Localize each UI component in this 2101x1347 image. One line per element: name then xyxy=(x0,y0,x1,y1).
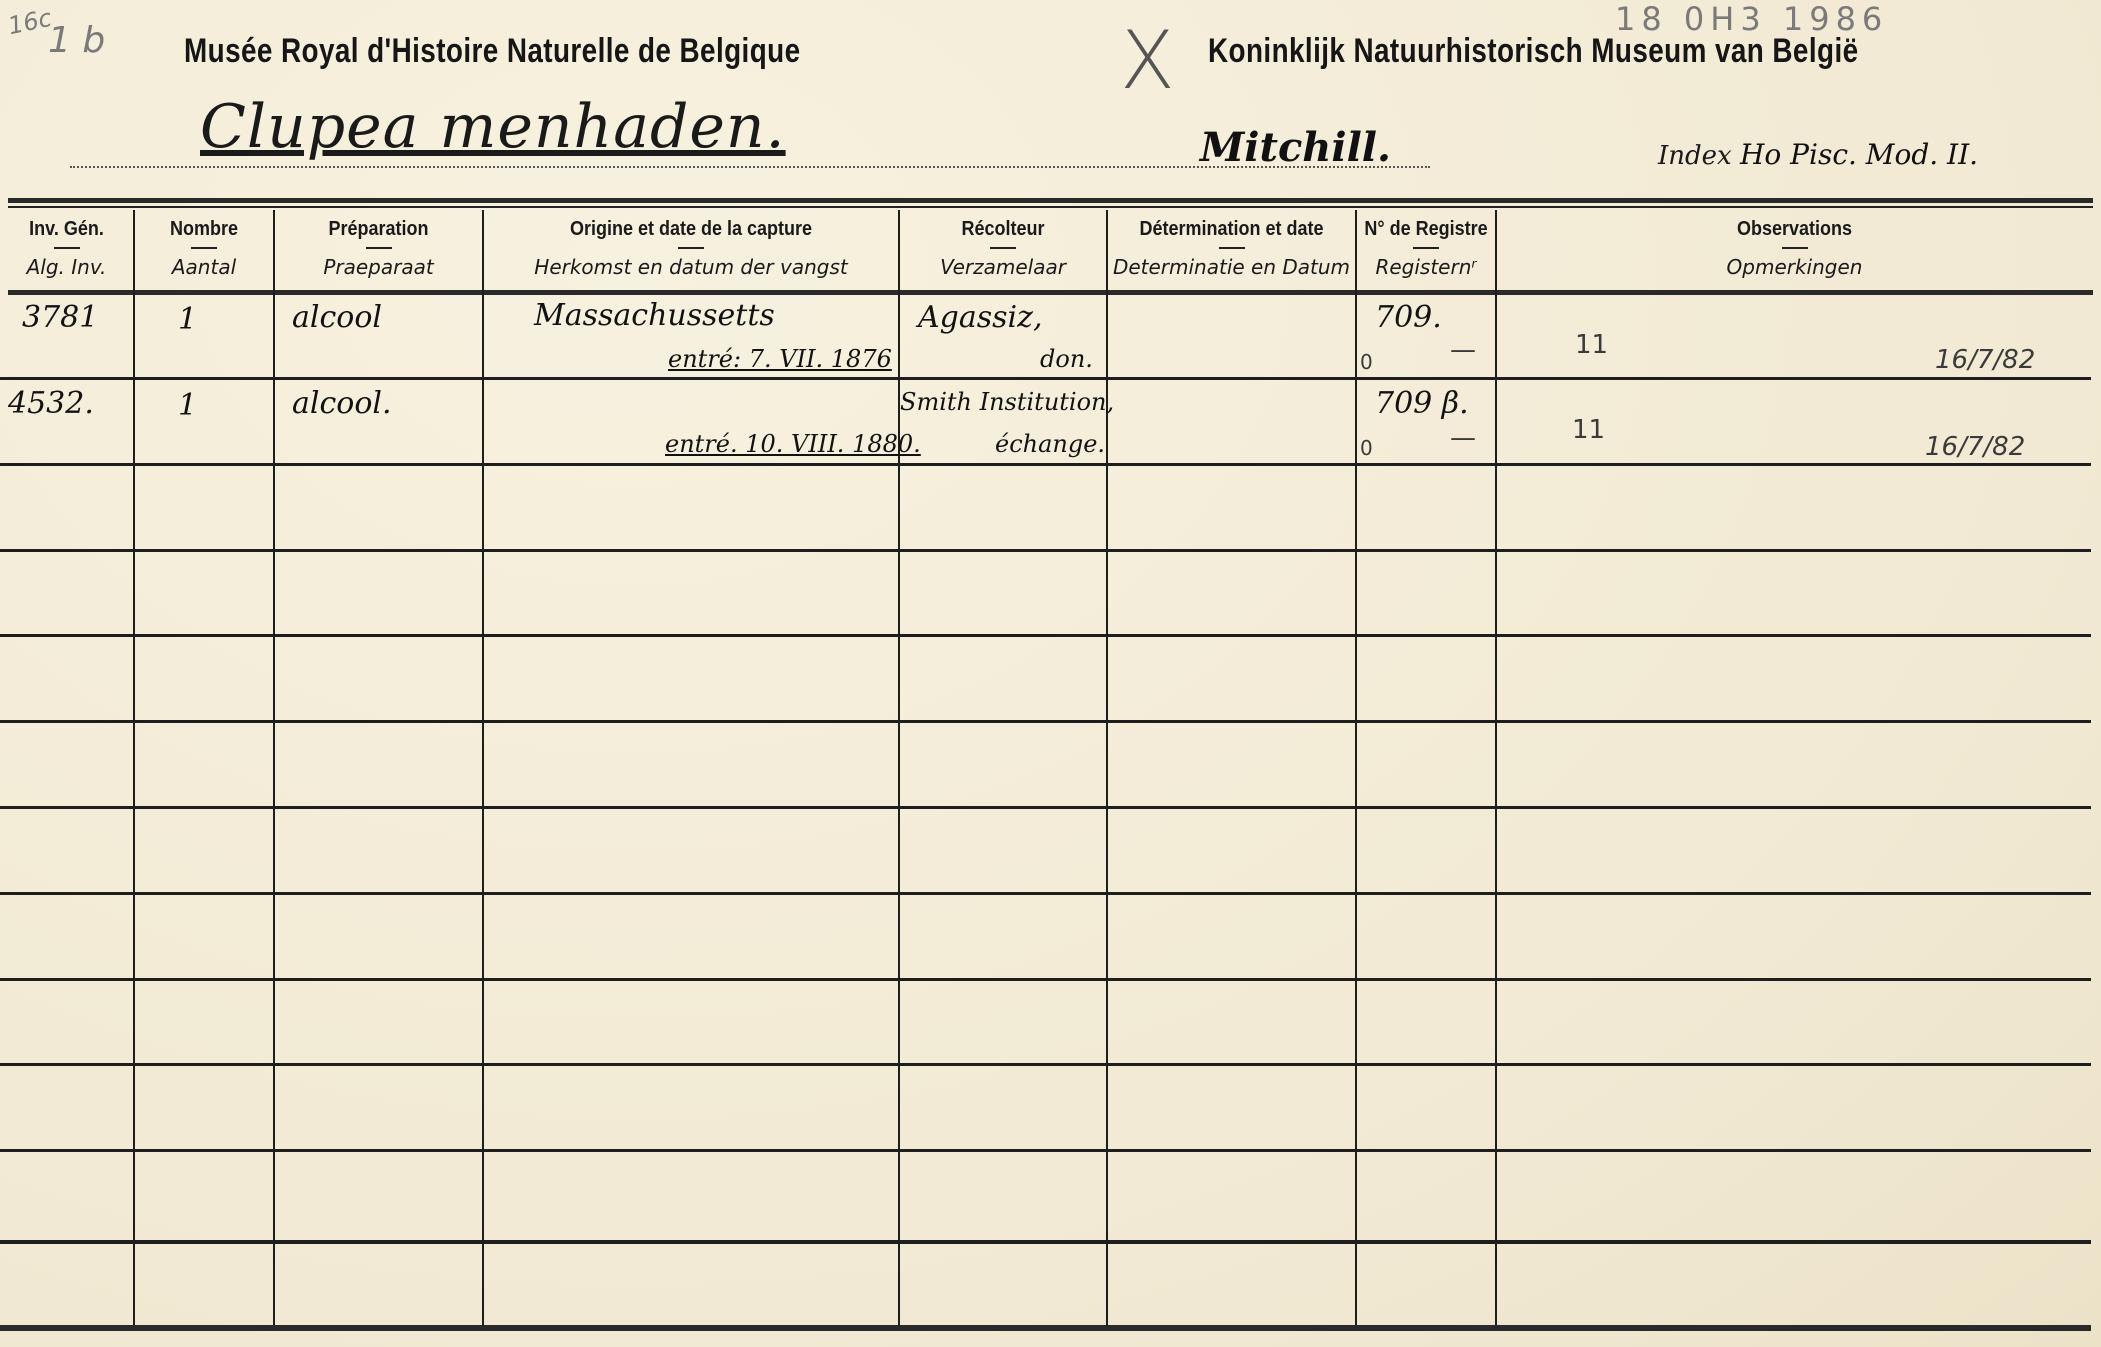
column-header-nl: Herkomst en datum der vangst xyxy=(484,255,898,279)
column-header-preparation: PréparationPraeparaat xyxy=(275,212,482,290)
cell-register-mark: 0 xyxy=(1360,350,1373,374)
cell-collector: Agassiz, xyxy=(918,300,1042,335)
cell-count: 1 xyxy=(178,302,197,337)
cell-inventory: 3781 xyxy=(22,300,98,335)
catalog-card: 16c 1 b 18 0H3 1986 X Musée Royal d'Hist… xyxy=(0,0,2101,1347)
cell-register-dash: — xyxy=(1450,335,1476,365)
header-dash xyxy=(191,247,217,249)
row-divider xyxy=(0,1063,2091,1066)
row-divider xyxy=(0,978,2091,981)
pencil-note-top-left: 16c xyxy=(6,4,55,40)
column-header-fr: Nombre xyxy=(142,218,266,241)
row-divider xyxy=(0,549,2091,552)
column-header-rule xyxy=(8,290,2093,295)
column-header-nl: Registernʳ xyxy=(1357,255,1495,279)
column-header-fr: N° de Registre xyxy=(1364,218,1488,241)
header-rule-thin xyxy=(8,206,2093,208)
museum-title-french: Musée Royal d'Histoire Naturelle de Belg… xyxy=(184,32,800,71)
column-header-fr: Observations xyxy=(1527,218,2063,241)
cell-preparation: alcool xyxy=(292,300,382,335)
cell-observation-mark: 11 xyxy=(1575,330,1608,360)
row-divider xyxy=(0,892,2091,895)
header-dash xyxy=(1219,247,1245,249)
row-divider xyxy=(0,720,2091,723)
header-dash xyxy=(366,247,392,249)
column-header-register: N° de RegistreRegisternʳ xyxy=(1357,212,1495,290)
cell-collector-note: échange. xyxy=(995,430,1105,458)
species-name-text: Clupea menhaden. xyxy=(200,92,786,162)
cell-entry-date: entré: 7. VII. 1876 xyxy=(668,345,892,373)
species-name: Clupea menhaden. xyxy=(200,92,786,162)
column-header-fr: Origine et date de la capture xyxy=(505,218,878,241)
column-header-fr: Inv. Gén. xyxy=(7,218,127,241)
column-header-nl: Praeparaat xyxy=(275,255,482,279)
cell-register-number: 709. xyxy=(1375,300,1442,335)
header-dash xyxy=(990,247,1016,249)
cell-register-mark: 0 xyxy=(1360,436,1373,460)
column-header-nl: Verzamelaar xyxy=(900,255,1106,279)
row-divider xyxy=(0,806,2091,809)
column-header-count: NombreAantal xyxy=(135,212,273,290)
column-header-determination: Détermination et dateDeterminatie en Dat… xyxy=(1108,212,1355,290)
species-author: Mitchill. xyxy=(1200,124,1391,171)
row-divider xyxy=(0,634,2091,637)
column-header-observations: ObservationsOpmerkingen xyxy=(1497,212,2092,290)
header-dash xyxy=(1413,247,1439,249)
column-header-inventory: Inv. Gén.Alg. Inv. xyxy=(0,212,133,290)
index-label: Index xyxy=(1658,141,1732,171)
column-header-nl: Alg. Inv. xyxy=(0,255,133,279)
pencil-cross-mark: X xyxy=(1120,14,1175,107)
index-field: Index Ho Pisc. Mod. II. xyxy=(1658,138,1978,171)
column-header-nl: Opmerkingen xyxy=(1497,255,2092,279)
cell-count: 1 xyxy=(178,388,197,423)
cell-collector: Smith Institution, xyxy=(900,388,1114,416)
column-header-nl: Aantal xyxy=(135,255,273,279)
row-divider xyxy=(0,463,2091,466)
cell-collector-note: don. xyxy=(1040,345,1093,373)
header-dash xyxy=(54,247,80,249)
row-divider xyxy=(0,1149,2091,1152)
header-rule-thick xyxy=(8,198,2093,203)
cell-register-dash: — xyxy=(1450,423,1476,453)
cell-inventory: 4532. xyxy=(8,386,94,421)
column-header-origin: Origine et date de la captureHerkomst en… xyxy=(484,212,898,290)
header-dash xyxy=(1782,247,1808,249)
row-divider xyxy=(0,377,2091,380)
column-header-fr: Détermination et date xyxy=(1120,218,1342,241)
pencil-note-1b: 1 b xyxy=(48,20,105,61)
cell-observation-date: 16/7/82 xyxy=(1925,432,2025,462)
header-dash xyxy=(678,247,704,249)
museum-title-dutch: Koninklijk Natuurhistorisch Museum van B… xyxy=(1208,32,1859,71)
cell-observation-mark: 11 xyxy=(1572,415,1605,445)
column-header-fr: Préparation xyxy=(285,218,471,241)
cell-entry-date: entré. 10. VIII. 1880. xyxy=(665,430,921,458)
column-header-fr: Récolteur xyxy=(910,218,1095,241)
card-bottom-rule xyxy=(0,1325,2091,1331)
cell-preparation: alcool. xyxy=(292,386,392,421)
column-header-nl: Determinatie en Datum xyxy=(1108,255,1355,279)
cell-origin: Massachussetts xyxy=(534,298,775,333)
index-value: Ho Pisc. Mod. II. xyxy=(1740,138,1978,171)
row-divider xyxy=(0,1240,2091,1244)
column-header-collector: RécolteurVerzamelaar xyxy=(900,212,1106,290)
cell-register-number: 709 β. xyxy=(1375,386,1469,421)
cell-observation-date: 16/7/82 xyxy=(1935,345,2035,375)
